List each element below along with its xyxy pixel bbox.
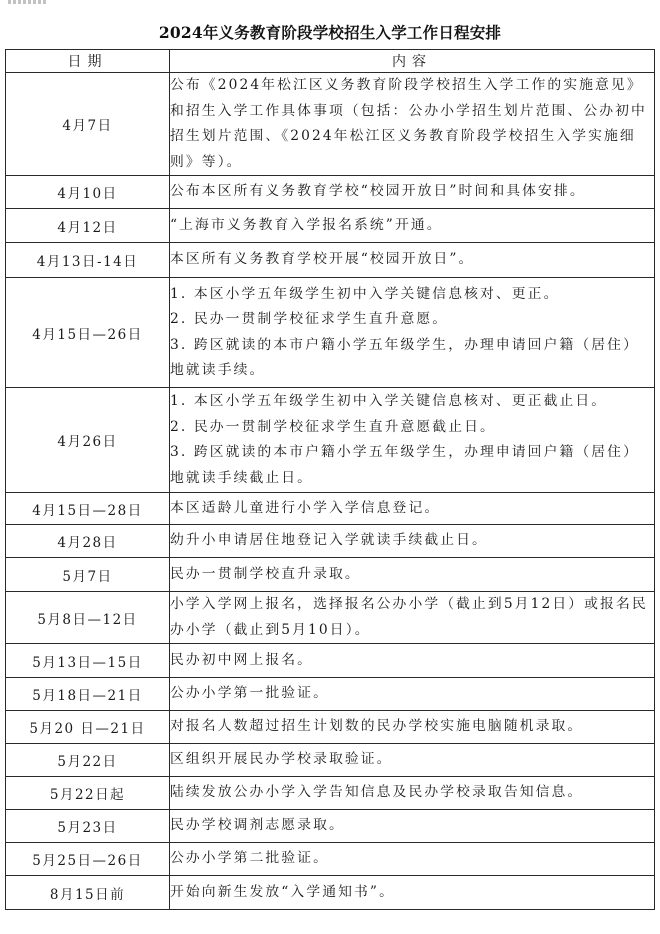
content-line: 本区所有义务教育学校开展“校园开放日”。 xyxy=(170,247,654,273)
content-line: 对报名人数超过招生计划数的民办学校实施电脑随机录取。 xyxy=(170,714,654,740)
table-row: 5月8日—12日小学入学网上报名，选择报名公办小学（截止到5月12日）或报名民办… xyxy=(6,592,655,644)
row-content: 陆续发放公办小学入学告知信息及民办学校录取告知信息。 xyxy=(170,777,655,810)
content-line: 小学入学网上报名，选择报名公办小学（截止到5月12日）或报名民办小学（截止到5月… xyxy=(170,592,654,643)
content-line: 本区适龄儿童进行小学入学信息登记。 xyxy=(170,496,654,522)
row-date: 4月12日 xyxy=(6,209,170,243)
content-line: 开始向新生发放“入学通知书”。 xyxy=(170,880,654,906)
row-date: 4月15日—28日 xyxy=(6,493,170,525)
table-row: 5月7日民办一贯制学校直升录取。 xyxy=(6,558,655,592)
row-content: 1. 本区小学五年级学生初中入学关键信息核对、更正截止日。2. 民办一贯制学校征… xyxy=(170,388,655,493)
content-line: 1. 本区小学五年级学生初中入学关键信息核对、更正。 xyxy=(170,282,654,308)
table-row: 4月15日—26日1. 本区小学五年级学生初中入学关键信息核对、更正。2. 民办… xyxy=(6,278,655,388)
row-content: 区组织开展民办学校录取验证。 xyxy=(170,744,655,777)
table-row: 4月26日1. 本区小学五年级学生初中入学关键信息核对、更正截止日。2. 民办一… xyxy=(6,388,655,493)
row-content: 对报名人数超过招生计划数的民办学校实施电脑随机录取。 xyxy=(170,711,655,744)
row-date: 5月23日 xyxy=(6,810,170,843)
table-row: 5月18日—21日公办小学第一批验证。 xyxy=(6,678,655,711)
content-line: 区组织开展民办学校录取验证。 xyxy=(170,747,654,773)
row-date: 4月7日 xyxy=(6,73,170,176)
row-date: 5月13日—15日 xyxy=(6,644,170,678)
table-row: 5月23日民办学校调剂志愿录取。 xyxy=(6,810,655,843)
row-content: “上海市义务教育入学报名系统”开通。 xyxy=(170,209,655,243)
table-row: 4月28日幼升小申请居住地登记入学就读手续截止日。 xyxy=(6,525,655,558)
row-content: 公办小学第一批验证。 xyxy=(170,678,655,711)
row-date: 5月7日 xyxy=(6,558,170,592)
row-content: 民办学校调剂志愿录取。 xyxy=(170,810,655,843)
row-date: 4月13日-14日 xyxy=(6,243,170,278)
content-line: 3. 跨区就读的本市户籍小学五年级学生，办理申请回户籍（居住）地就读手续。 xyxy=(170,333,654,384)
content-line: 公办小学第二批验证。 xyxy=(170,846,654,872)
row-date: 4月26日 xyxy=(6,388,170,493)
schedule-rows: 4月7日公布《2024年松江区义务教育阶段学校招生入学工作的实施意见》和招生入学… xyxy=(6,73,655,910)
row-content: 幼升小申请居住地登记入学就读手续截止日。 xyxy=(170,525,655,558)
row-date: 4月10日 xyxy=(6,176,170,209)
column-header-date: 日期 xyxy=(6,50,170,73)
cropped-text-fragment xyxy=(8,0,46,4)
row-content: 本区所有义务教育学校开展“校园开放日”。 xyxy=(170,243,655,278)
row-date: 8月15日前 xyxy=(6,876,170,910)
row-content: 公布本区所有义务教育学校“校园开放日”时间和具体安排。 xyxy=(170,176,655,209)
row-date: 5月22日起 xyxy=(6,777,170,810)
table-row: 8月15日前开始向新生发放“入学通知书”。 xyxy=(6,876,655,910)
table-row: 4月13日-14日本区所有义务教育学校开展“校园开放日”。 xyxy=(6,243,655,278)
row-date: 5月20 日—21日 xyxy=(6,711,170,744)
content-line: 3. 跨区就读的本市户籍小学五年级学生，办理申请回户籍（居住）地就读手续截止日。 xyxy=(170,440,654,491)
row-date: 5月22日 xyxy=(6,744,170,777)
content-line: 民办初中网上报名。 xyxy=(170,648,654,674)
schedule-table: 日期 内容 4月7日公布《2024年松江区义务教育阶段学校招生入学工作的实施意见… xyxy=(5,49,655,910)
table-row: 5月25日—26日公办小学第二批验证。 xyxy=(6,843,655,876)
row-content: 小学入学网上报名，选择报名公办小学（截止到5月12日）或报名民办小学（截止到5月… xyxy=(170,592,655,644)
table-header-row: 日期 内容 xyxy=(6,50,655,73)
row-date: 4月28日 xyxy=(6,525,170,558)
row-date: 5月8日—12日 xyxy=(6,592,170,644)
row-content: 民办一贯制学校直升录取。 xyxy=(170,558,655,592)
content-line: 1. 本区小学五年级学生初中入学关键信息核对、更正截止日。 xyxy=(170,389,654,415)
content-line: “上海市义务教育入学报名系统”开通。 xyxy=(170,213,654,239)
document-title: 2024年义务教育阶段学校招生入学工作日程安排 xyxy=(0,21,660,43)
table-row: 5月22日起陆续发放公办小学入学告知信息及民办学校录取告知信息。 xyxy=(6,777,655,810)
content-line: 公布《2024年松江区义务教育阶段学校招生入学工作的实施意见》和招生入学工作具体… xyxy=(170,73,654,175)
table-row: 4月7日公布《2024年松江区义务教育阶段学校招生入学工作的实施意见》和招生入学… xyxy=(6,73,655,176)
content-line: 幼升小申请居住地登记入学就读手续截止日。 xyxy=(170,528,654,554)
row-content: 公办小学第二批验证。 xyxy=(170,843,655,876)
row-content: 本区适龄儿童进行小学入学信息登记。 xyxy=(170,493,655,525)
content-line: 民办一贯制学校直升录取。 xyxy=(170,562,654,588)
table-row: 4月12日 “上海市义务教育入学报名系统”开通。 xyxy=(6,209,655,243)
row-date: 5月25日—26日 xyxy=(6,843,170,876)
column-header-content: 内容 xyxy=(170,50,655,73)
table-row: 5月22日区组织开展民办学校录取验证。 xyxy=(6,744,655,777)
table-row: 4月15日—28日本区适龄儿童进行小学入学信息登记。 xyxy=(6,493,655,525)
table-row: 5月13日—15日民办初中网上报名。 xyxy=(6,644,655,678)
content-line: 民办学校调剂志愿录取。 xyxy=(170,813,654,839)
row-content: 公布《2024年松江区义务教育阶段学校招生入学工作的实施意见》和招生入学工作具体… xyxy=(170,73,655,176)
content-line: 2. 民办一贯制学校征求学生直升意愿截止日。 xyxy=(170,415,654,441)
row-content: 开始向新生发放“入学通知书”。 xyxy=(170,876,655,910)
row-date: 5月18日—21日 xyxy=(6,678,170,711)
content-line: 2. 民办一贯制学校征求学生直升意愿。 xyxy=(170,307,654,333)
content-line: 公办小学第一批验证。 xyxy=(170,681,654,707)
table-row: 4月10日公布本区所有义务教育学校“校园开放日”时间和具体安排。 xyxy=(6,176,655,209)
content-line: 陆续发放公办小学入学告知信息及民办学校录取告知信息。 xyxy=(170,780,654,806)
table-row: 5月20 日—21日对报名人数超过招生计划数的民办学校实施电脑随机录取。 xyxy=(6,711,655,744)
row-date: 4月15日—26日 xyxy=(6,278,170,388)
row-content: 1. 本区小学五年级学生初中入学关键信息核对、更正。2. 民办一贯制学校征求学生… xyxy=(170,278,655,388)
content-line: 公布本区所有义务教育学校“校园开放日”时间和具体安排。 xyxy=(170,179,654,205)
row-content: 民办初中网上报名。 xyxy=(170,644,655,678)
